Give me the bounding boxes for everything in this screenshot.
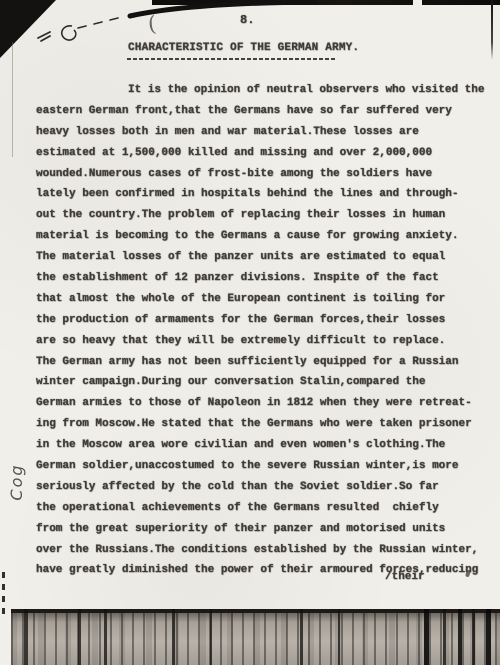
text-line: The material losses of the panzer units … <box>36 247 486 268</box>
text-line: from the great superiority of their panz… <box>36 519 486 540</box>
text-line: the production of armaments for the Germ… <box>36 310 486 331</box>
text-line: It is the opinion of neutral observers w… <box>36 80 486 101</box>
text-line: out the country.The problem of replacing… <box>36 205 486 226</box>
text-line: are so heavy that they will be extremely… <box>36 331 486 352</box>
continuation-marker: /their <box>385 571 425 583</box>
scan-streak <box>458 609 462 665</box>
scan-streak <box>443 609 446 665</box>
text-line: winter campaign.During our conversation … <box>36 372 486 393</box>
body-text: It is the opinion of neutral observers w… <box>36 80 486 581</box>
text-line: over the Russians.The conditions establi… <box>36 540 486 561</box>
text-line: estimated at 1,500,000 killed and missin… <box>36 143 486 164</box>
text-line: that almost the whole of the European co… <box>36 289 486 310</box>
text-line: German soldier,unaccostumed to the sever… <box>36 456 486 477</box>
text-line: wounded.Numerous cases of frost-bite amo… <box>36 164 486 185</box>
text-line: in the Moscow area wore civilian and eve… <box>36 435 486 456</box>
scan-streak <box>300 609 303 665</box>
page-number: 8. <box>240 13 254 27</box>
scan-streak <box>338 609 340 665</box>
scan-streak <box>104 609 107 665</box>
scan-streak <box>424 609 429 665</box>
handwritten-margin-note: Cog <box>0 452 46 512</box>
scanned-document-page: { "colors": { "paper": "#f1efea", "ink":… <box>0 0 500 665</box>
text-line: heavy losses both in men and war materia… <box>36 122 486 143</box>
right-scan-line <box>491 0 493 60</box>
pen-squiggle-mark <box>14 10 124 46</box>
text-line: material is becoming to the Germans a ca… <box>36 226 486 247</box>
document-title: CHARACTERISTIC OF THE GERMAN ARMY. <box>128 42 359 54</box>
text-line: the operational achievements of the Germ… <box>36 498 486 519</box>
text-line: seriously affected by the cold than the … <box>36 477 486 498</box>
text-line: lately been confirmed in hospitals behin… <box>36 184 486 205</box>
text-line: the establishment of 12 panzer divisions… <box>36 268 486 289</box>
left-fold-shadow <box>12 42 13 157</box>
title-underline <box>127 58 335 60</box>
scan-streak <box>486 609 491 665</box>
text-line: The German army has not been sufficientl… <box>36 352 486 373</box>
scan-streak <box>210 609 212 665</box>
top-scan-edge-gap <box>413 0 422 6</box>
text-line: eastern German front,that the Germans ha… <box>36 101 486 122</box>
scan-streak <box>24 609 28 665</box>
text-line: ing from Moscow.He stated that the Germa… <box>36 414 486 435</box>
scan-streak <box>172 609 175 665</box>
scan-streak <box>472 609 475 665</box>
left-edge-marks <box>2 572 5 614</box>
scan-streak <box>78 609 81 665</box>
text-line: German armies to those of Napoleon in 18… <box>36 393 486 414</box>
